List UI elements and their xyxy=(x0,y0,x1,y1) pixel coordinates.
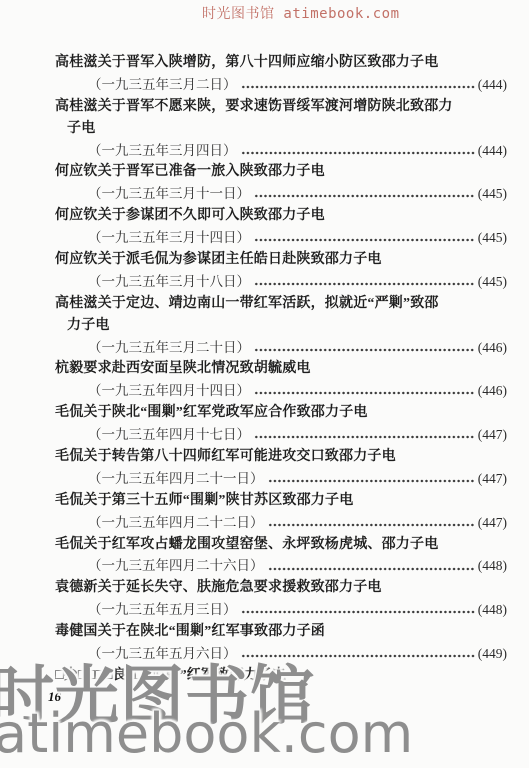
dot-leader xyxy=(254,183,475,205)
entry-page-ref: (447) xyxy=(478,512,507,534)
dot-leader xyxy=(254,380,475,402)
entry-date-row: （一九三五年三月十四日） (445) xyxy=(55,227,507,249)
dot-leader xyxy=(241,140,475,162)
entry-title: 毛侃关于陕北“围剿”红军党政军应合作致邵力子电 xyxy=(55,402,507,424)
entry-title: 高桂滋关于晋军入陕增防，第八十四师应缩小防区致邵力子电 xyxy=(55,52,507,74)
entry-date: （一九三五年三月二日） xyxy=(88,74,237,96)
entry-date: （一九三五年四月二十六日） xyxy=(88,555,264,577)
entry-date-row: （一九三五年五月三日） (448) xyxy=(55,599,507,621)
dot-leader xyxy=(241,74,475,96)
toc-entry: 高桂滋关于晋军不愿来陕，要求速饬晋绥军渡河增防陕北致邵力 子电 （一九三五年三月… xyxy=(55,96,507,162)
toc-entry: 何应钦关于派毛侃为参谋团主任皓日赴陕致邵力子电 （一九三五年三月十八日） (44… xyxy=(55,249,507,293)
entry-date-row: （一九三五年三月二日） (444) xyxy=(55,74,507,96)
entry-title: 高桂滋关于定边、靖边南山一带红军活跃，拟就近“严剿”致邵 xyxy=(55,293,507,315)
entry-title: 何应钦关于晋军已准备一旅入陕致邵力子电 xyxy=(55,161,507,183)
entry-page-ref: (444) xyxy=(478,74,507,96)
entry-date: （一九三五年三月十一日） xyxy=(88,183,250,205)
entry-date: （一九三五年四月二十一日） xyxy=(88,468,264,490)
toc-entry: 毛侃关于第三十五师“围剿”陕甘苏区致邵力子电 （一九三五年四月二十二日） (44… xyxy=(55,490,507,534)
entry-date-row: （一九三五年三月十一日） (445) xyxy=(55,183,507,205)
entry-date: （一九三五年三月二十日） xyxy=(88,337,250,359)
toc-entry: 高桂滋关于晋军入陕增防，第八十四师应缩小防区致邵力子电 （一九三五年三月二日） … xyxy=(55,52,507,96)
entry-date-row: （一九三五年四月二十六日） (448) xyxy=(55,555,507,577)
entry-page-ref: (446) xyxy=(478,380,507,402)
toc-entry: 何应钦关于晋军已准备一旅入陕致邵力子电 （一九三五年三月十一日） (445) xyxy=(55,161,507,205)
watermark-bottom-url: atimebook.com xyxy=(0,702,413,765)
toc-entry: 袁德新关于延长失守、肤施危急要求援救致邵力子电 （一九三五年五月三日） (448… xyxy=(55,577,507,621)
entry-page-ref: (446) xyxy=(478,337,507,359)
entry-date: （一九三五年三月十八日） xyxy=(88,271,250,293)
entry-date: （一九三五年三月十四日） xyxy=(88,227,250,249)
entry-date-row: （一九三五年四月二十一日） (447) xyxy=(55,468,507,490)
entry-title: 何应钦关于参谋团不久即可入陕致邵力子电 xyxy=(55,205,507,227)
entry-title-continuation: 力子电 xyxy=(55,315,507,337)
entry-date-row: （一九三五年三月二十日） (446) xyxy=(55,337,507,359)
toc-entry: 杭毅要求赴西安面呈陕北情况致胡毓威电 （一九三五年四月十四日） (446) xyxy=(55,358,507,402)
watermark-top: 时光图书馆 atimebook.com xyxy=(202,3,400,23)
entry-page-ref: (445) xyxy=(478,227,507,249)
toc-entry: 毛侃关于陕北“围剿”红军党政军应合作致邵力子电 （一九三五年四月十七日） (44… xyxy=(55,402,507,446)
entry-date-row: （一九三五年三月四日） (444) xyxy=(55,140,507,162)
entry-date: （一九三五年四月十四日） xyxy=(88,380,250,402)
entry-title: 高桂滋关于晋军不愿来陕，要求速饬晋绥军渡河增防陕北致邵力 xyxy=(55,96,507,118)
entry-title: 毛侃关于红军攻占蟠龙围攻望窑堡、永坪致杨虎城、邵力子电 xyxy=(55,534,507,556)
entry-page-ref: (445) xyxy=(478,183,507,205)
entry-page-ref: (444) xyxy=(478,140,507,162)
toc-entry: 何应钦关于参谋团不久即可入陕致邵力子电 （一九三五年三月十四日） (445) xyxy=(55,205,507,249)
dot-leader xyxy=(254,227,475,249)
entry-page-ref: (445) xyxy=(478,271,507,293)
entry-date-row: （一九三五年四月二十二日） (447) xyxy=(55,512,507,534)
entry-title: 杭毅要求赴西安面呈陕北情况致胡毓威电 xyxy=(55,358,507,380)
dot-leader xyxy=(268,468,475,490)
toc-entry: 毛侃关于红军攻占蟠龙围攻望窑堡、永坪致杨虎城、邵力子电 （一九三五年四月二十六日… xyxy=(55,534,507,578)
entry-date-row: （一九三五年四月十七日） (447) xyxy=(55,424,507,446)
entry-date: （一九三五年三月四日） xyxy=(88,140,237,162)
dot-leader xyxy=(254,424,475,446)
entry-date-row: （一九三五年四月十四日） (446) xyxy=(55,380,507,402)
entry-title: 毛侃关于转告第八十四师红军可能进攻交口致邵力子电 xyxy=(55,446,507,468)
entry-title: 毛侃关于第三十五师“围剿”陕甘苏区致邵力子电 xyxy=(55,490,507,512)
entry-page-ref: (448) xyxy=(478,599,507,621)
dot-leader xyxy=(241,599,475,621)
entry-title: 何应钦关于派毛侃为参谋团主任皓日赴陕致邵力子电 xyxy=(55,249,507,271)
entry-page-ref: (447) xyxy=(478,424,507,446)
table-of-contents: 高桂滋关于晋军入陕增防，第八十四师应缩小防区致邵力子电 （一九三五年三月二日） … xyxy=(55,52,507,687)
entry-title-continuation: 子电 xyxy=(55,118,507,140)
entry-date: （一九三五年五月三日） xyxy=(88,599,237,621)
toc-entry: 毛侃关于转告第八十四师红军可能进攻交口致邵力子电 （一九三五年四月二十一日） (… xyxy=(55,446,507,490)
dot-leader xyxy=(268,512,475,534)
dot-leader xyxy=(268,555,475,577)
entry-page-ref: (449) xyxy=(478,643,507,665)
entry-page-ref: (448) xyxy=(478,555,507,577)
entry-page-ref: (447) xyxy=(478,468,507,490)
entry-date-row: （一九三五年三月十八日） (445) xyxy=(55,271,507,293)
entry-date: （一九三五年四月二十二日） xyxy=(88,512,264,534)
toc-entry: 高桂滋关于定边、靖边南山一带红军活跃，拟就近“严剿”致邵 力子电 （一九三五年三… xyxy=(55,293,507,359)
entry-title: 袁德新关于延长失守、肤施危急要求援救致邵力子电 xyxy=(55,577,507,599)
entry-date: （一九三五年四月十七日） xyxy=(88,424,250,446)
entry-title: 毒健国关于在陕北“围剿”红军事致邵力子函 xyxy=(55,621,507,643)
dot-leader xyxy=(254,337,475,359)
dot-leader xyxy=(254,271,475,293)
